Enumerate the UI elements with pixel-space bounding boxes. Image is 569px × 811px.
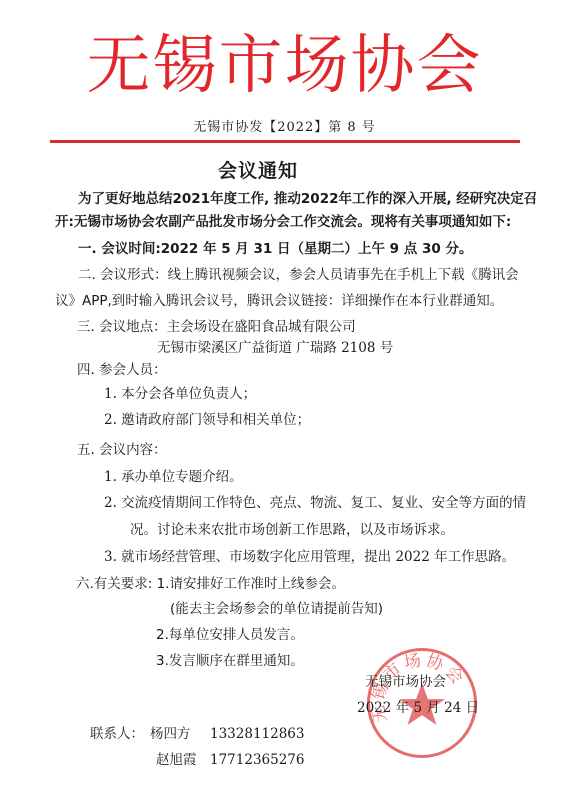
contact-phone: 13328112863 (210, 725, 304, 743)
intro-line-1: 为了更好地总结2021年度工作, 推动2022年工作的深入开展, 经研究决定召 (78, 190, 537, 208)
attendees-heading: 四. 参会人员： (77, 361, 167, 379)
contact-phone: 17712365276 (210, 751, 304, 769)
attendee-item: 2. 邀请政府部门领导和相关单位； (104, 411, 310, 429)
masthead-title: 无锡市场协会 (0, 22, 569, 110)
requirement-item: 2.每单位安排人员发言。 (156, 626, 304, 644)
meeting-time: 一. 会议时间:2022 年 5 月 31 日（星期二）上午 9 点 30 分。 (78, 240, 472, 258)
signature-org: 无锡市场协会 (365, 670, 446, 690)
contact-name: 赵旭霞 (156, 751, 197, 769)
intro-line-2: 开:无锡市场协会农副产品批发市场分会工作交流会。现将有关事项通知如下: (55, 213, 511, 231)
requirement-note: (能去主会场参会的单位请提前告知) (170, 600, 383, 618)
content-heading: 五. 会议内容： (77, 441, 167, 459)
contacts-label: 联系人： (90, 725, 144, 743)
signature-date: 2022 年 5 月 24 日 (357, 696, 479, 716)
document-number: 无锡市协发【2022】第 8 号 (0, 116, 569, 135)
content-item: 1. 承办单位专题介绍。 (104, 468, 243, 486)
requirements-heading: 六.有关要求: 1.请安排好工作准时上线参会。 (76, 575, 345, 593)
meeting-form-line-2: 议》APP,到时输入腾讯会议号，腾讯会议链接：详细操作在本行业群通知。 (55, 292, 503, 310)
meeting-address: 无锡市梁溪区广益街道 广瑞路 2108 号 (157, 339, 393, 357)
meeting-location: 三. 会议地点：主会场设在盛阳食品城有限公司 (77, 318, 356, 336)
content-item-continuation: 况。讨论未来农批市场创新工作思路，以及市场诉求。 (130, 521, 454, 539)
meeting-form-line-1: 二. 会议形式：线上腾讯视频会议，参会人员请事先在手机上下载《腾讯会 (78, 266, 519, 284)
requirement-item: 3.发言顺序在群里通知。 (156, 652, 304, 670)
content-item: 3. 就市场经营管理、市场数字化应用管理，提出 2022 年工作思路。 (104, 548, 515, 566)
attendee-item: 1. 本分会各单位负责人； (104, 385, 256, 403)
content-item: 2. 交流疫情期间工作特色、亮点、物流、复工、复业、安全等方面的情 (104, 494, 526, 512)
notice-title: 会议通知 (218, 156, 298, 183)
contact-name: 杨四方 (150, 725, 191, 743)
header-divider (50, 140, 520, 143)
